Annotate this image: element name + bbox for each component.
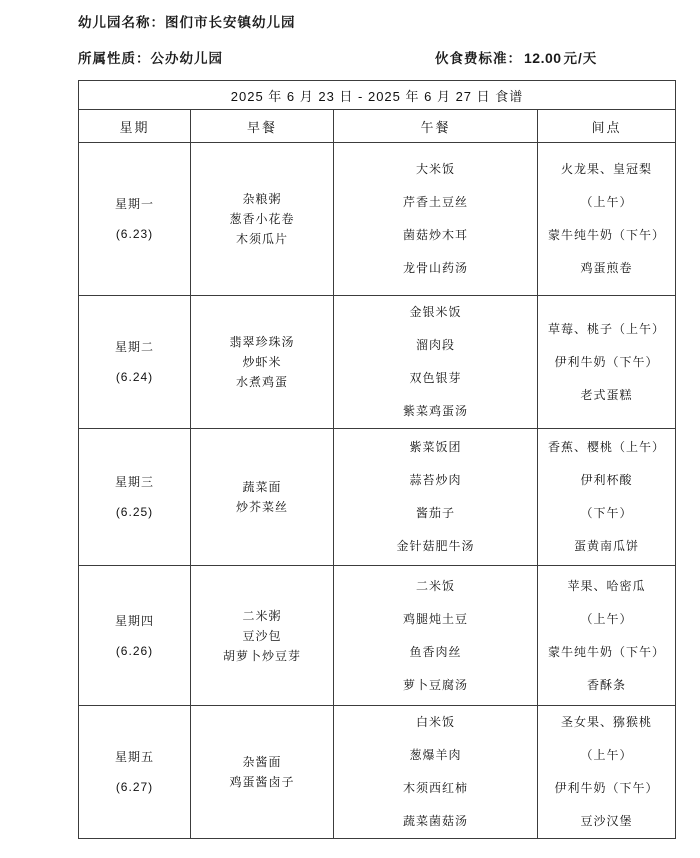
- col-header-snacks: 间点: [538, 110, 676, 143]
- col-header-lunch: 午餐: [334, 110, 538, 143]
- fee-label: 伙食费标准：: [435, 51, 522, 66]
- lunch-cell: 金银米饭溜肉段双色银芽紫菜鸡蛋汤: [334, 296, 538, 429]
- document-page: 幼儿园名称：图们市长安镇幼儿园 所属性质：公办幼儿园 伙食费标准：12.00元/…: [0, 0, 700, 858]
- lunch-cell: 白米饭葱爆羊肉木须西红柿蔬菜菌菇汤: [334, 706, 538, 839]
- table-row-thursday: 星期四(6.26) 二米粥豆沙包胡萝卜炒豆芽 二米饭鸡腿炖土豆鱼香肉丝萝卜豆腐汤…: [79, 566, 676, 706]
- kindergarten-name-label: 幼儿园名称：: [78, 15, 165, 30]
- snacks-cell: 苹果、哈密瓜（上午）蒙牛纯牛奶（下午）香酥条: [538, 566, 676, 706]
- kindergarten-name-line: 幼儿园名称：图们市长安镇幼儿园: [78, 13, 675, 32]
- day-cell: 星期三(6.25): [79, 429, 191, 566]
- breakfast-cell: 杂粮粥葱香小花卷木须瓜片: [191, 143, 334, 296]
- day-cell: 星期四(6.26): [79, 566, 191, 706]
- snacks-cell: 圣女果、猕猴桃（上午）伊利牛奶（下午）豆沙汉堡: [538, 706, 676, 839]
- col-header-breakfast: 早餐: [191, 110, 334, 143]
- snacks-cell: 香蕉、樱桃（上午）伊利杯酸（下午）蛋黄南瓜饼: [538, 429, 676, 566]
- document-header: 幼儿园名称：图们市长安镇幼儿园 所属性质：公办幼儿园 伙食费标准：12.00元/…: [78, 0, 675, 68]
- lunch-cell: 紫菜饭团蒜苔炒肉酱茄子金针菇肥牛汤: [334, 429, 538, 566]
- breakfast-cell: 蔬菜面炒芥菜丝: [191, 429, 334, 566]
- fee-standard: 伙食费标准：12.00元/天: [435, 49, 597, 68]
- table-row-tuesday: 星期二(6.24) 翡翠珍珠汤炒虾米水煮鸡蛋 金银米饭溜肉段双色银芽紫菜鸡蛋汤 …: [79, 296, 676, 429]
- table-title-row: 2025 年 6 月 23 日 - 2025 年 6 月 27 日 食谱: [79, 81, 676, 110]
- snacks-cell: 火龙果、皇冠梨（上午）蒙牛纯牛奶（下午）鸡蛋煎卷: [538, 143, 676, 296]
- day-cell: 星期二(6.24): [79, 296, 191, 429]
- nature-fee-line: 所属性质：公办幼儿园 伙食费标准：12.00元/天: [78, 49, 675, 68]
- breakfast-cell: 杂酱面鸡蛋酱卤子: [191, 706, 334, 839]
- weekly-menu-table: 2025 年 6 月 23 日 - 2025 年 6 月 27 日 食谱 星期 …: [78, 80, 676, 839]
- breakfast-cell: 翡翠珍珠汤炒虾米水煮鸡蛋: [191, 296, 334, 429]
- nature-label: 所属性质：: [78, 51, 151, 66]
- kindergarten-name-value: 图们市长安镇幼儿园: [165, 15, 296, 30]
- fee-unit: 元/天: [564, 51, 598, 66]
- table-row-monday: 星期一(6.23) 杂粮粥葱香小花卷木须瓜片 大米饭芹香土豆丝菌菇炒木耳龙骨山药…: [79, 143, 676, 296]
- table-title: 2025 年 6 月 23 日 - 2025 年 6 月 27 日 食谱: [79, 81, 676, 110]
- fee-value: 12.00: [522, 50, 564, 66]
- table-row-wednesday: 星期三(6.25) 蔬菜面炒芥菜丝 紫菜饭团蒜苔炒肉酱茄子金针菇肥牛汤 香蕉、樱…: [79, 429, 676, 566]
- table-header-row: 星期 早餐 午餐 间点: [79, 110, 676, 143]
- snacks-cell: 草莓、桃子（上午）伊利牛奶（下午）老式蛋糕: [538, 296, 676, 429]
- lunch-cell: 大米饭芹香土豆丝菌菇炒木耳龙骨山药汤: [334, 143, 538, 296]
- breakfast-cell: 二米粥豆沙包胡萝卜炒豆芽: [191, 566, 334, 706]
- col-header-day: 星期: [79, 110, 191, 143]
- nature-value: 公办幼儿园: [151, 51, 224, 66]
- table-row-friday: 星期五(6.27) 杂酱面鸡蛋酱卤子 白米饭葱爆羊肉木须西红柿蔬菜菌菇汤 圣女果…: [79, 706, 676, 839]
- day-cell: 星期五(6.27): [79, 706, 191, 839]
- day-cell: 星期一(6.23): [79, 143, 191, 296]
- lunch-cell: 二米饭鸡腿炖土豆鱼香肉丝萝卜豆腐汤: [334, 566, 538, 706]
